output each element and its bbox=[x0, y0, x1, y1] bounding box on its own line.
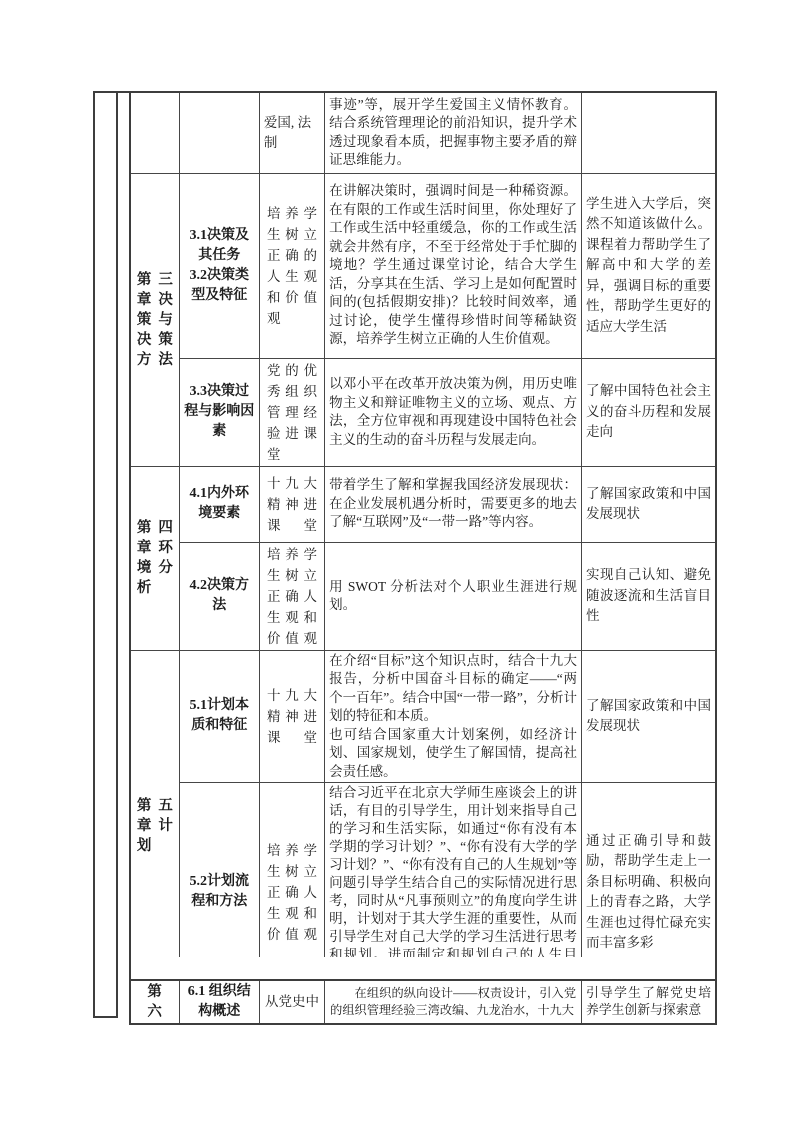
content-text: 以邓小平在改革开放决策为例，用历史唯物主义和辩证唯物主义的立场、观点、方法，全方… bbox=[329, 375, 577, 449]
row-split-gap bbox=[129, 957, 715, 979]
section-text: 3.1决策及其任务 bbox=[184, 226, 255, 266]
chapter-cell: 第四章环境分析 bbox=[130, 466, 179, 650]
element-cell: 从党史中 bbox=[259, 980, 324, 1024]
chapter-text: 第三章决策与决策方法 bbox=[137, 270, 173, 370]
table-row-3-1: 第三章决策与决策方法 3.1决策及其任务 3.2决策类型及特征 培养学生树立正确… bbox=[130, 173, 716, 358]
curriculum-table-wrapper: 爱国, 法制 事迹”等，展开学生爱国主义情怀教育。结合系统管理理论的前沿知识，提… bbox=[129, 91, 717, 1003]
section-text: 4.2决策方法 bbox=[184, 576, 255, 616]
element-cell: 十九大精神进课堂 bbox=[259, 650, 324, 783]
section-text: 6.1 组织结构概述 bbox=[184, 982, 255, 1022]
element-text: 十九大精神进课堂 bbox=[267, 473, 317, 536]
element-text: 十九大精神进课堂 bbox=[267, 685, 317, 748]
curriculum-table-continuation: 第六 6.1 组织结构概述 从党史中 在组织的纵向设计——权责设计，引入党的组织… bbox=[129, 979, 717, 1025]
section-cell: 3.3决策过程与影响因素 bbox=[179, 358, 259, 466]
content-paragraph: 在介绍“目标”这个知识点时，结合十九大报告，分析中国奋斗目标的确定——“两个一百… bbox=[329, 652, 577, 726]
outcome-cell: 了解国家政策和中国发展现状 bbox=[582, 650, 716, 783]
content-cell: 在讲解决策时，强调时间是一种稀资源。在有限的工作或生活时间里，你处理好了工作或生… bbox=[325, 173, 582, 358]
chapter-text: 第四章环境分析 bbox=[137, 518, 173, 598]
outcome-text: 实现自己认知、避免随波逐流和生活盲目性 bbox=[586, 565, 711, 627]
outcome-cell: 了解国家政策和中国发展现状 bbox=[582, 466, 716, 542]
outcome-text: 学生进入大学后，突然不知道该做什么。课程着力帮助学生了解高中和大学的差异，强调目… bbox=[586, 194, 711, 338]
element-text: 培养学生树立正确的人生观和价值观 bbox=[267, 203, 317, 329]
content-cell: 用 SWOT 分析法对个人职业生涯进行规划。 bbox=[325, 542, 582, 650]
curriculum-table-continuation-wrapper: 第六 6.1 组织结构概述 从党史中 在组织的纵向设计——权责设计，引入党的组织… bbox=[129, 979, 717, 1025]
content-cell: 在介绍“目标”这个知识点时，结合十九大报告，分析中国奋斗目标的确定——“两个一百… bbox=[325, 650, 582, 783]
outcome-cell: 了解中国特色社会主义的奋斗历程和发展走向 bbox=[582, 358, 716, 466]
chapter-cell: 第五章计划 bbox=[130, 650, 179, 1002]
content-text: 在组织的纵向设计——权责设计，引入党的组织管理经验三湾改编、九龙治水，十九大 bbox=[330, 985, 576, 1019]
element-text: 爱国, 法制 bbox=[264, 113, 320, 153]
table-row-continued: 爱国, 法制 事迹”等，展开学生爱国主义情怀教育。结合系统管理理论的前沿知识，提… bbox=[130, 92, 716, 173]
chapter-text: 第五章计划 bbox=[137, 796, 173, 856]
section-cell: 4.1内外环境要素 bbox=[179, 466, 259, 542]
table-row-6-1: 第六 6.1 组织结构概述 从党史中 在组织的纵向设计——权责设计，引入党的组织… bbox=[130, 980, 716, 1024]
section-cell: 4.2决策方法 bbox=[179, 542, 259, 650]
element-text: 党的优秀组织管理经验进课堂 bbox=[267, 360, 317, 465]
element-text: 培养学生树立正确人生观和价值观 bbox=[267, 840, 317, 945]
outcome-cell: 实现自己认知、避免随波逐流和生活盲目性 bbox=[582, 542, 716, 650]
curriculum-table: 爱国, 法制 事迹”等，展开学生爱国主义情怀教育。结合系统管理理论的前沿知识，提… bbox=[129, 91, 717, 1003]
element-cell: 培养学生树立正确人生观和价值观 bbox=[259, 542, 324, 650]
content-cell: 在组织的纵向设计——权责设计，引入党的组织管理经验三湾改编、九龙治水，十九大 bbox=[325, 980, 582, 1024]
table-row-3-3: 3.3决策过程与影响因素 党的优秀组织管理经验进课堂 以邓小平在改革开放决策为例… bbox=[130, 358, 716, 466]
chapter-cell: 第三章决策与决策方法 bbox=[130, 173, 179, 466]
element-text: 从党史中 bbox=[264, 992, 320, 1012]
section-text: 4.1内外环境要素 bbox=[184, 484, 255, 524]
content-text: 在讲解决策时，强调时间是一种稀资源。在有限的工作或生活时间里，你处理好了工作或生… bbox=[329, 182, 577, 349]
content-cell: 以邓小平在改革开放决策为例，用历史唯物主义和辩证唯物主义的立场、观点、方法，全方… bbox=[325, 358, 582, 466]
section-text: 5.2计划流程和方法 bbox=[184, 872, 255, 912]
table-row-4-1: 第四章环境分析 4.1内外环境要素 十九大精神进课堂 带着学生了解和掌握我国经济… bbox=[130, 466, 716, 542]
content-text: 用 SWOT 分析法对个人职业生涯进行规划。 bbox=[329, 578, 577, 615]
element-cell: 十九大精神进课堂 bbox=[259, 466, 324, 542]
chapter-cell: 第六 bbox=[130, 980, 179, 1024]
outcome-text: 通过正确引导和鼓励，帮助学生走上一条目标明确、积极向上的青春之路，大学生涯也过得… bbox=[586, 831, 711, 954]
content-paragraph: 也可结合国家重大计划案例，如经济计划、国家规划，使学生了解国情，提高社会责任感。 bbox=[329, 726, 577, 782]
element-cell: 培养学生树立正确的人生观和价值观 bbox=[259, 173, 324, 358]
section-text: 5.1计划本质和特征 bbox=[184, 696, 255, 736]
content-text: 事迹”等，展开学生爱国主义情怀教育。结合系统管理理论的前沿知识，提升学术透过现象… bbox=[329, 96, 577, 170]
document-page: 爱国, 法制 事迹”等，展开学生爱国主义情怀教育。结合系统管理理论的前沿知识，提… bbox=[0, 0, 794, 1123]
content-cell: 事迹”等，展开学生爱国主义情怀教育。结合系统管理理论的前沿知识，提升学术透过现象… bbox=[325, 92, 582, 173]
outcome-cell: 引导学生了解党史培养学生创新与探索意 bbox=[582, 980, 716, 1024]
outcome-cell: 学生进入大学后，突然不知道该做什么。课程着力帮助学生了解高中和大学的差异，强调目… bbox=[582, 173, 716, 358]
section-cell: 6.1 组织结构概述 bbox=[179, 980, 259, 1024]
element-cell: 爱国, 法制 bbox=[259, 92, 324, 173]
chapter-cell bbox=[130, 92, 179, 173]
content-cell: 带着学生了解和掌握我国经济发展现状：在企业发展机遇分析时，需要更多的地去了解“互… bbox=[325, 466, 582, 542]
section-text: 3.2决策类型及特征 bbox=[184, 266, 255, 306]
outcome-text: 了解中国特色社会主义的奋斗历程和发展走向 bbox=[586, 381, 711, 443]
element-text: 培养学生树立正确人生观和价值观 bbox=[267, 544, 317, 649]
chapter-text: 第六 bbox=[147, 982, 162, 1022]
table-row-5-1: 第五章计划 5.1计划本质和特征 十九大精神进课堂 在介绍“目标”这个知识点时，… bbox=[130, 650, 716, 783]
outer-margin-cell bbox=[93, 91, 118, 1018]
section-text: 3.3决策过程与影响因素 bbox=[184, 382, 255, 442]
section-cell bbox=[179, 92, 259, 173]
outcome-text: 引导学生了解党史培养学生创新与探索意 bbox=[586, 985, 711, 1019]
section-cell: 3.1决策及其任务 3.2决策类型及特征 bbox=[179, 173, 259, 358]
outcome-cell bbox=[582, 92, 716, 173]
outcome-text: 了解国家政策和中国发展现状 bbox=[586, 484, 711, 525]
element-cell: 党的优秀组织管理经验进课堂 bbox=[259, 358, 324, 466]
outcome-text: 了解国家政策和中国发展现状 bbox=[586, 696, 711, 737]
table-row-4-2: 4.2决策方法 培养学生树立正确人生观和价值观 用 SWOT 分析法对个人职业生… bbox=[130, 542, 716, 650]
section-cell: 5.1计划本质和特征 bbox=[179, 650, 259, 783]
content-text: 带着学生了解和掌握我国经济发展现状：在企业发展机遇分析时，需要更多的地去了解“互… bbox=[329, 476, 577, 532]
